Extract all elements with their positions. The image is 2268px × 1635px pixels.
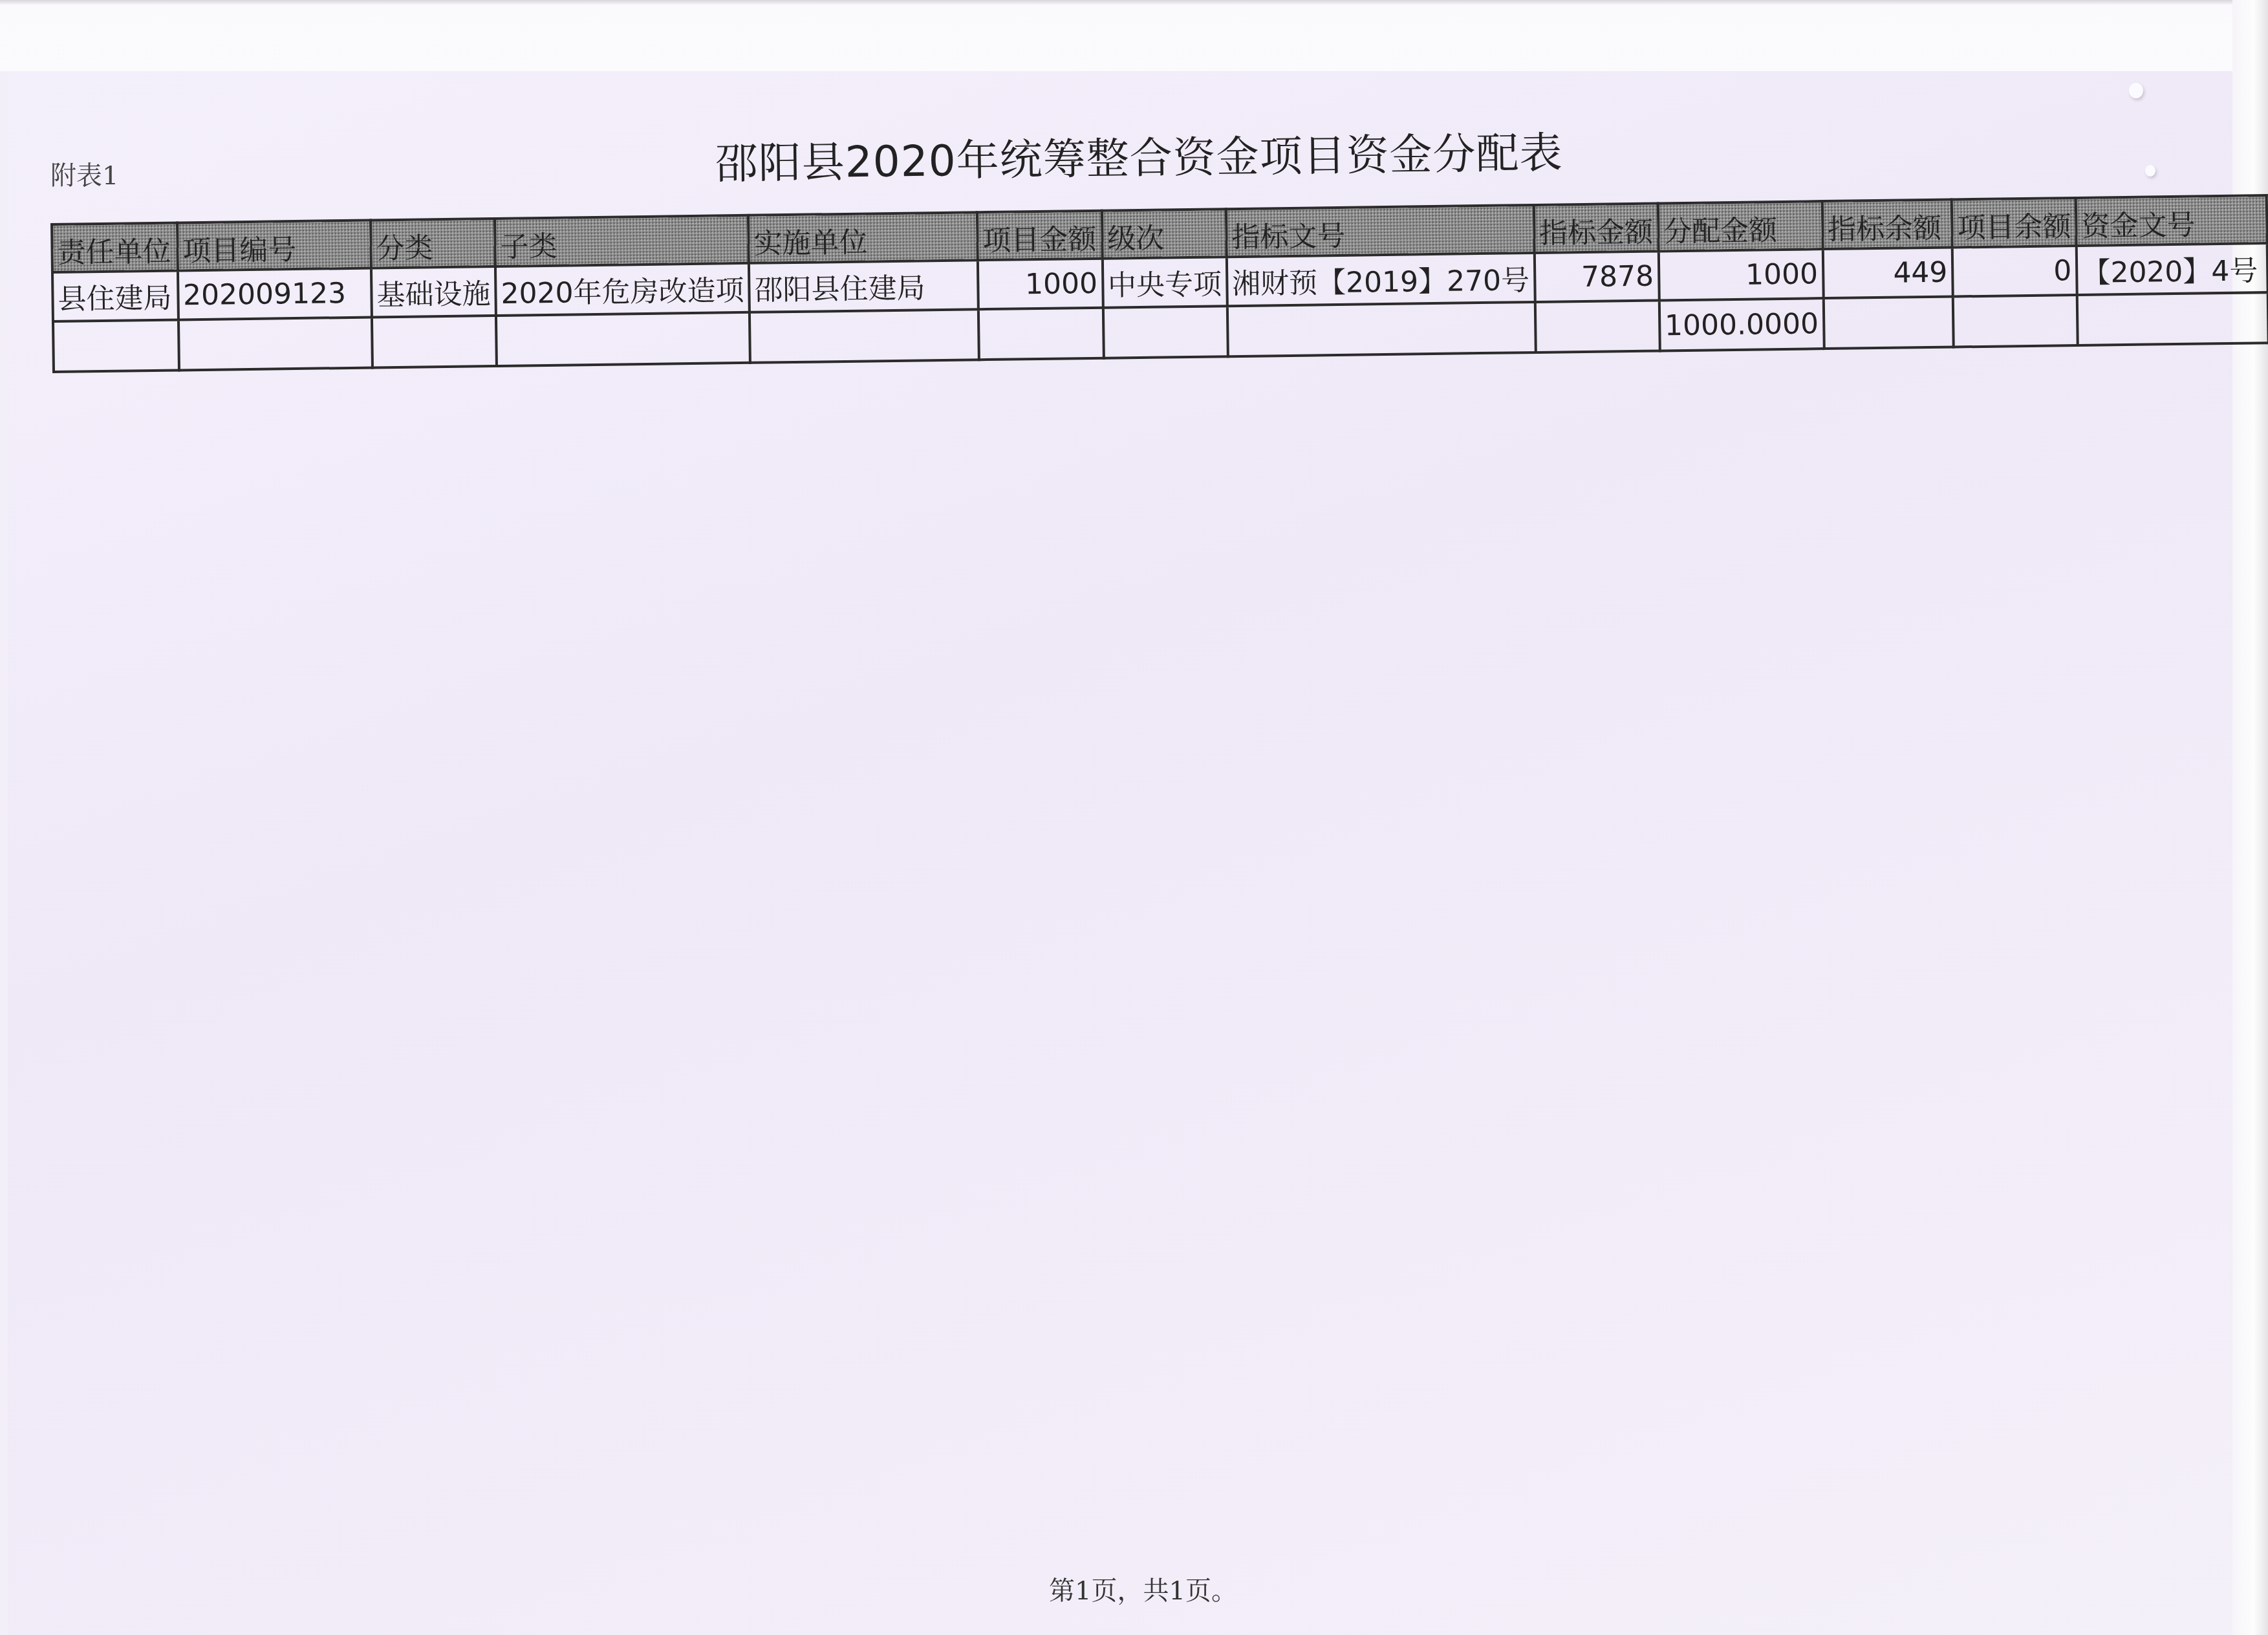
summary-cell (372, 316, 497, 368)
header-responsible-unit: 责任单位 (52, 222, 178, 272)
cell-level: 中央专项 (1103, 257, 1227, 308)
cell-project-amount: 1000 (978, 259, 1103, 310)
cell-subcategory: 2020年危房改造项 (495, 263, 750, 316)
summary-cell (978, 308, 1104, 360)
cell-category: 基础设施 (371, 266, 496, 318)
cell-quota-document-no: 湘财预【2019】270号 (1227, 253, 1535, 306)
cell-fund-document-no: 【2020】4号 (2077, 243, 2268, 295)
summary-cell (750, 309, 979, 363)
header-quota-balance: 指标余额 (1822, 200, 1952, 250)
summary-cell (53, 319, 179, 372)
punch-hole-mark (2129, 83, 2143, 98)
document-title: 邵阳县2020年统筹整合资金项目资金分配表 (715, 118, 1563, 191)
summary-cell (2077, 292, 2268, 345)
header-quota-amount: 指标金额 (1534, 203, 1659, 253)
summary-cell (1227, 302, 1536, 356)
header-project-amount: 项目金额 (977, 211, 1103, 261)
header-implementing-unit: 实施单位 (748, 212, 978, 263)
summary-cell (1103, 306, 1228, 358)
summary-cell (496, 312, 750, 366)
cell-responsible-unit: 县住建局 (52, 270, 178, 321)
cell-quota-balance: 449 (1822, 248, 1952, 299)
fund-allocation-table: 责任单位 项目编号 分类 子类 实施单位 项目金额 级次 指标文号 指标金额 分… (50, 194, 2268, 373)
cell-project-code: 202009123 (178, 268, 372, 320)
summary-cell (1953, 295, 2078, 347)
header-project-balance: 项目余额 (1952, 198, 2077, 248)
summary-cell (178, 318, 373, 371)
cell-allocated-amount: 1000 (1659, 249, 1824, 300)
scanner-top-edge (0, 0, 2268, 71)
summary-cell (1823, 297, 1953, 349)
header-subcategory: 子类 (495, 215, 749, 266)
cell-implementing-unit: 邵阳县住建局 (749, 260, 978, 312)
header-quota-document-no: 指标文号 (1226, 205, 1535, 257)
allocation-table-container: 责任单位 项目编号 分类 子类 实施单位 项目金额 级次 指标文号 指标金额 分… (50, 194, 2268, 373)
summary-cell (1535, 300, 1660, 352)
page-footer: 第1页，共1页。 (1049, 1570, 1237, 1607)
header-project-code: 项目编号 (177, 221, 371, 271)
header-level: 级次 (1102, 209, 1227, 259)
header-fund-document-no: 资金文号 (2076, 195, 2267, 246)
summary-allocated-total: 1000.0000 (1659, 298, 1824, 351)
header-allocated-amount: 分配金额 (1658, 201, 1823, 251)
cell-quota-amount: 7878 (1535, 251, 1659, 302)
cell-project-balance: 0 (1952, 246, 2077, 297)
header-category: 分类 (371, 219, 495, 268)
paper-crease-mark (2145, 165, 2155, 177)
annex-label: 附表1 (50, 155, 118, 192)
